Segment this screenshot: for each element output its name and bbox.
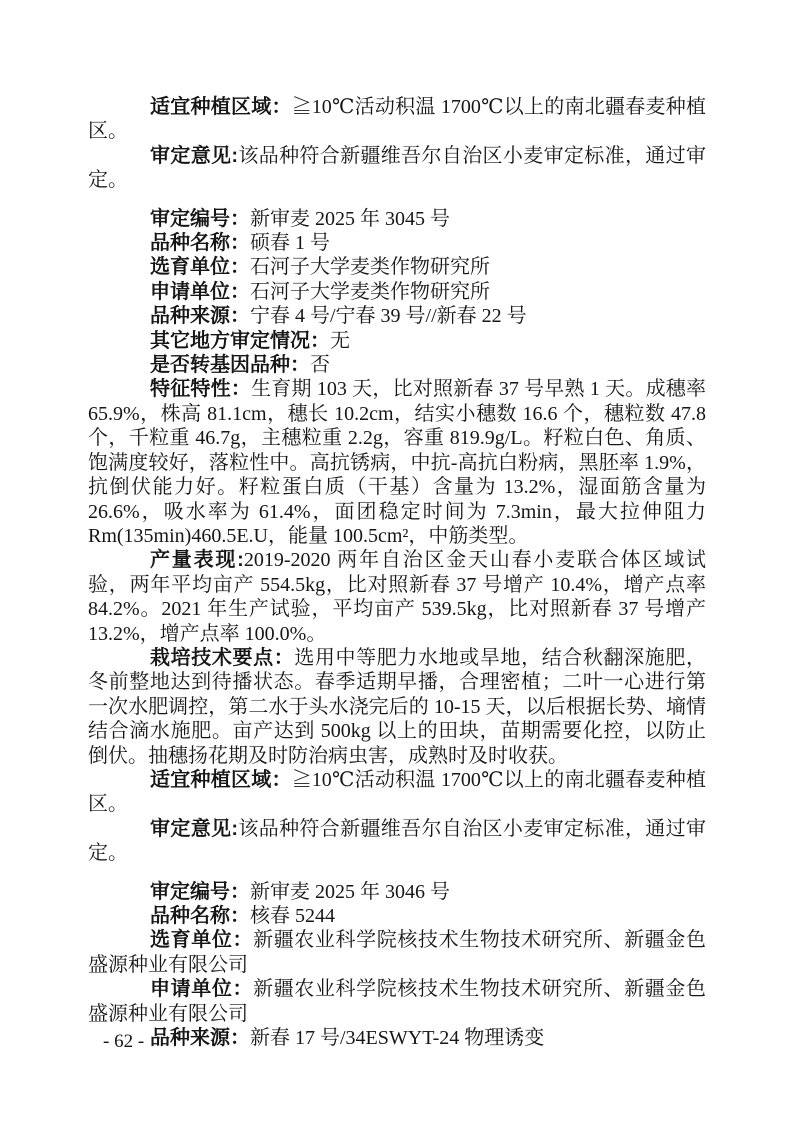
field-breeding-unit-3046: 选育单位：新疆农业科学院核技术生物技术研究所、新疆金色盛源种业有限公司 — [88, 928, 706, 977]
document-page: 适宜种植区域：≧10℃活动积温 1700℃以上的南北疆春麦种植区。 审定意见:该… — [0, 0, 793, 1122]
field-characteristics: 特征特性：生育期 103 天，比对照新春 37 号早熟 1 天。成穗率 65.9… — [88, 377, 706, 548]
field-certification-opinion-2: 审定意见:该品种符合新疆维吾尔自治区小麦审定标准，通过审定。 — [88, 817, 706, 866]
field-label-characteristics: 特征特性： — [150, 378, 251, 400]
field-variety-origin-3046: 品种来源：新春 17 号/34ESWYT-24 物理诱变 — [88, 1026, 706, 1050]
field-yield-performance: 产量表现:2019-2020 两年自治区金天山春小麦联合体区域试验，两年平均亩产… — [88, 548, 706, 646]
field-value-variety-origin-3046: 新春 17 号/34ESWYT-24 物理诱变 — [250, 1027, 544, 1049]
field-applicant-unit-3046: 申请单位：新疆农业科学院核技术生物技术研究所、新疆金色盛源种业有限公司 — [88, 977, 706, 1026]
field-value-cert-number-3046: 新审麦 2025 年 3046 号 — [250, 881, 450, 903]
field-label-breeding-unit: 选育单位： — [150, 256, 250, 278]
field-value-variety-name-3046: 核春 5244 — [250, 905, 335, 927]
field-value-is-gmo: 否 — [310, 354, 330, 376]
field-value-variety-name: 硕春 1 号 — [250, 232, 330, 254]
field-label-applicant-unit: 申请单位： — [150, 281, 250, 303]
document-content: 适宜种植区域：≧10℃活动积温 1700℃以上的南北疆春麦种植区。 审定意见:该… — [88, 95, 706, 1050]
field-label-yield-performance: 产量表现: — [150, 549, 244, 571]
field-variety-name-3046: 品种名称：核春 5244 — [88, 904, 706, 928]
blank-line — [88, 866, 706, 880]
field-other-region-approval: 其它地方审定情况：无 — [88, 329, 706, 353]
field-cert-number-3045: 审定编号：新审麦 2025 年 3045 号 — [88, 207, 706, 231]
field-label-certification-opinion: 审定意见: — [150, 145, 238, 167]
field-suitable-region: 适宜种植区域：≧10℃活动积温 1700℃以上的南北疆春麦种植区。 — [88, 95, 706, 144]
field-is-gmo: 是否转基因品种：否 — [88, 353, 706, 377]
field-breeding-unit: 选育单位：石河子大学麦类作物研究所 — [88, 255, 706, 279]
field-label-cultivation-points: 栽培技术要点： — [150, 647, 294, 669]
blank-line — [88, 193, 706, 207]
field-applicant-unit: 申请单位：石河子大学麦类作物研究所 — [88, 280, 706, 304]
field-label-variety-name-3046: 品种名称： — [150, 905, 250, 927]
field-label-other-region-approval: 其它地方审定情况： — [150, 330, 330, 352]
field-label-suitable-region-2: 适宜种植区域： — [150, 769, 292, 791]
field-certification-opinion: 审定意见:该品种符合新疆维吾尔自治区小麦审定标准，通过审定。 — [88, 144, 706, 193]
field-value-applicant-unit: 石河子大学麦类作物研究所 — [250, 281, 490, 303]
field-cultivation-points: 栽培技术要点：选用中等肥力水地或旱地，结合秋翻深施肥，冬前整地达到待播状态。春季… — [88, 646, 706, 768]
field-label-breeding-unit-3046: 选育单位： — [150, 929, 253, 951]
page-number: - 62 - — [103, 1031, 144, 1053]
field-label-cert-number: 审定编号： — [150, 208, 250, 230]
field-cert-number-3046: 审定编号：新审麦 2025 年 3046 号 — [88, 880, 706, 904]
field-suitable-region-2: 适宜种植区域：≧10℃活动积温 1700℃以上的南北疆春麦种植区。 — [88, 768, 706, 817]
field-label-applicant-unit-3046: 申请单位： — [150, 978, 253, 1000]
field-label-variety-origin: 品种来源： — [150, 305, 250, 327]
field-value-other-region-approval: 无 — [330, 330, 350, 352]
field-variety-origin: 品种来源：宁春 4 号/宁春 39 号//新春 22 号 — [88, 304, 706, 328]
field-value-cert-number: 新审麦 2025 年 3045 号 — [250, 208, 450, 230]
field-value-breeding-unit: 石河子大学麦类作物研究所 — [250, 256, 490, 278]
field-label-variety-name: 品种名称： — [150, 232, 250, 254]
field-variety-name: 品种名称：硕春 1 号 — [88, 231, 706, 255]
field-value-characteristics: 生育期 103 天，比对照新春 37 号早熟 1 天。成穗率 65.9%，株高 … — [88, 378, 706, 546]
field-label-certification-opinion-2: 审定意见: — [150, 818, 238, 840]
field-label-is-gmo: 是否转基因品种： — [150, 354, 310, 376]
field-label-suitable-region: 适宜种植区域： — [150, 96, 292, 118]
field-value-variety-origin: 宁春 4 号/宁春 39 号//新春 22 号 — [250, 305, 527, 327]
field-label-cert-number-3046: 审定编号： — [150, 881, 250, 903]
field-label-variety-origin-3046: 品种来源： — [150, 1027, 250, 1049]
